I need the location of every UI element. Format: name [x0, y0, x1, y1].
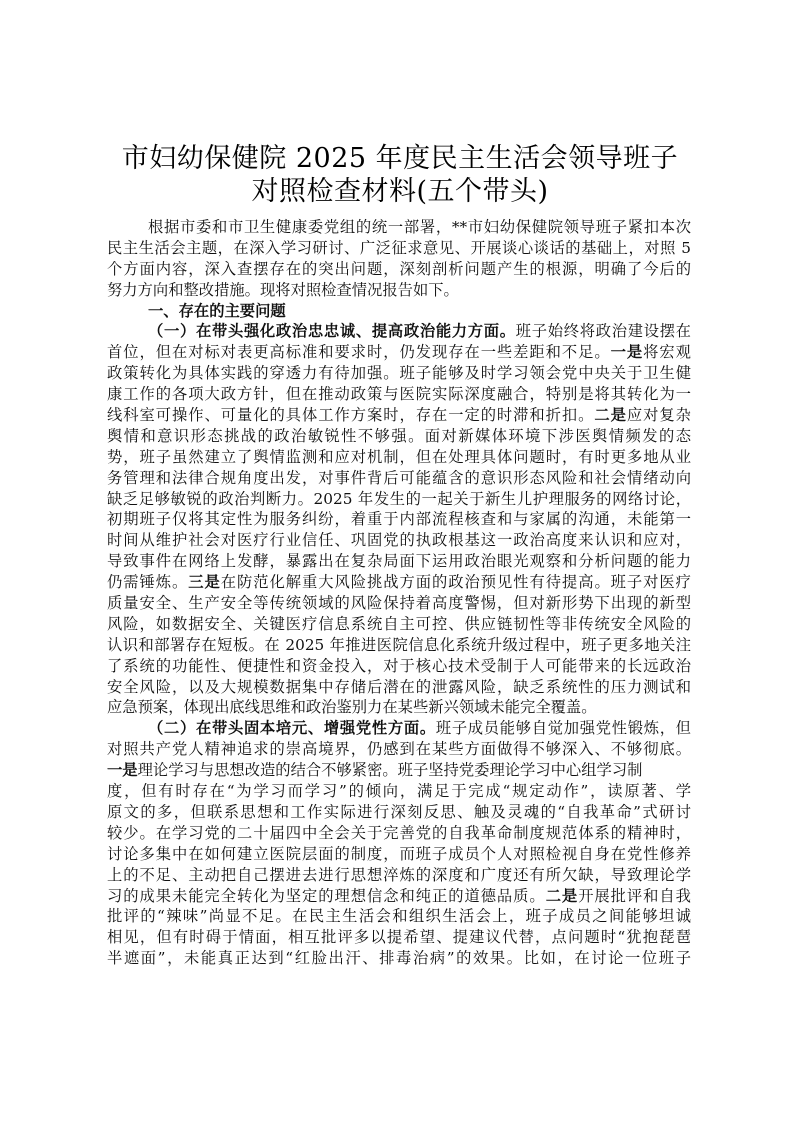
- text-line: 讨论多集中在如何建立医院层面的制度，而班子成员个人对照检视自身在党性修养: [107, 844, 691, 865]
- text-segment: 上的不足、主动把自己摆进去进行思想淬炼的深度和广度还有所欠缺，导致理论学: [107, 866, 691, 884]
- text-line: 初期班子仅将其定性为服务纠纷，着重于内部流程核查和与家属的沟通，未能第一: [107, 509, 691, 530]
- text-segment: 安全风险，以及大规模数据集中存储后潜在的泄露风险，缺乏系统性的压力测试和: [107, 678, 691, 696]
- text-segment: 缺乏足够敏锐的政治判断力。2025 年发生的一起关于新生儿护理服务的网络讨论，: [107, 490, 691, 508]
- text-line: 风险，如数据安全、关键医疗信息系统自主可控、供应链韧性等非传统安全风险的: [107, 614, 691, 635]
- text-line: 个方面内容，深入查摆存在的突出问题，深刻剖析问题产生的根源，明确了今后的: [107, 259, 691, 280]
- text-segment: 仍需锤炼。: [107, 573, 188, 591]
- text-line: 应急预案，体现出底线思维和政治鉴别力在某些新兴领域未能完全覆盖。: [107, 697, 691, 718]
- text-line: （二）在带头固本培元、增强党性方面。班子成员能够自觉加强党性锻炼，但: [107, 718, 691, 739]
- text-segment: 在防范化解重大风险挑战方面的政治预见性有待提高。班子对医疗: [221, 573, 691, 591]
- title-line-2: 对照检查材料(五个带头): [100, 175, 700, 208]
- text-segment: 努力方向和整改措施。现将对照检查情况报告如下。: [107, 281, 459, 299]
- bold-text-segment: 二是: [546, 887, 579, 905]
- text-segment: 原文的多，但联系思想和工作实际进行深刻反思、触及灵魂的“自我革命”式研讨: [107, 803, 691, 821]
- text-line: 务管理和法律合规角度出发，对事件背后可能蕴含的意识形态风险和社会情绪动向: [107, 468, 691, 489]
- text-segment: 康工作的各项大政方针，但在推动政策与医院实际深度融合，特别是将其转化为一: [107, 385, 691, 403]
- text-line: 时间从维护社会对医疗行业信任、巩固党的执政根基这一政治高度来认识和应对，: [107, 530, 691, 551]
- text-segment: 舆情和意识形态挑战的政治敏锐性不够强。面对新媒体环境下涉医舆情频发的态: [107, 427, 691, 445]
- text-segment: 理论学习与思想改造的结合不够紧密。班子坚持党委理论学习中心组学习制: [138, 761, 643, 779]
- text-segment: 首位，但在对标对表更高标准和要求时，仍发现存在一些差距和不足。: [107, 343, 611, 361]
- text-segment: 认识和部署存在短板。在 2025 年推进医院信息化系统升级过程中，班子更多地关注: [107, 636, 691, 654]
- text-segment: 习的成果未能完全转化为坚定的理想信念和纯正的道德品质。: [107, 887, 546, 905]
- document-body: 根据市委和市卫生健康委党组的统一部署，**市妇幼保健院领导班子紧扣本次民主生活会…: [107, 217, 691, 969]
- text-line: 对照共产党人精神追求的崇高境界，仍感到在某些方面做得不够深入、不够彻底。: [107, 739, 691, 760]
- bold-text-segment: 三是: [188, 573, 221, 591]
- text-line: 安全风险，以及大规模数据集中存储后潜在的泄露风险，缺乏系统性的压力测试和: [107, 677, 691, 698]
- text-line: 质量安全、生产安全等传统领域的风险保持着高度警惕，但对新形势下出现的新型: [107, 593, 691, 614]
- text-line: 努力方向和整改措施。现将对照检查情况报告如下。: [107, 280, 691, 301]
- text-segment: 半遮面”，未能真正达到“红脸出汗、排毒治病”的效果。比如，在讨论一位班子: [107, 949, 691, 967]
- text-line: 一是理论学习与思想改造的结合不够紧密。班子坚持党委理论学习中心组学习制: [107, 760, 691, 781]
- bold-text-segment: 一是: [611, 343, 644, 361]
- text-line: 度，但有时存在“为学习而学习”的倾向，满足于完成“规定动作”，读原著、学: [107, 781, 691, 802]
- bold-text-segment: 一、存在的主要问题: [148, 302, 286, 320]
- text-line: （一）在带头强化政治忠忠诚、提高政治能力方面。班子始终将政治建设摆在: [107, 321, 691, 342]
- text-segment: 度，但有时存在“为学习而学习”的倾向，满足于完成“规定动作”，读原著、学: [107, 782, 691, 800]
- text-segment: 班子始终将政治建设摆在: [516, 322, 691, 340]
- text-line: 一、存在的主要问题: [107, 301, 691, 322]
- text-line: 线科室可操作、可量化的具体工作方案时，存在一定的时滞和折扣。二是应对复杂: [107, 405, 691, 426]
- text-segment: 应急预案，体现出底线思维和政治鉴别力在某些新兴领域未能完全覆盖。: [107, 698, 597, 716]
- text-line: 政策转化为具体实践的穿透力有待加强。班子能够及时学习领会党中央关于卫生健: [107, 363, 691, 384]
- text-segment: 根据市委和市卫生健康委党组的统一部署，**市妇幼保健院领导班子紧扣本次: [148, 218, 691, 236]
- text-line: 习的成果未能完全转化为坚定的理想信念和纯正的道德品质。二是开展批评和自我: [107, 886, 691, 907]
- text-segment: 风险，如数据安全、关键医疗信息系统自主可控、供应链韧性等非传统安全风险的: [107, 615, 691, 633]
- text-segment: 将宏观: [643, 343, 691, 361]
- text-line: 相见，但有时碍于情面，相互批评多以提希望、提建议代替，点问题时“犹抱琵琶: [107, 927, 691, 948]
- text-segment: 应对复杂: [627, 406, 691, 424]
- document-page: 市妇幼保健院 2025 年度民主生活会领导班子 对照检查材料(五个带头) 根据市…: [0, 0, 793, 1121]
- text-line: 批评的“辣味”尚显不足。在民主生活会和组织生活会上，班子成员之间能够坦诚: [107, 906, 691, 927]
- bold-text-segment: 二是: [594, 406, 627, 424]
- bold-text-segment: （一）在带头强化政治忠忠诚、提高政治能力方面。: [148, 322, 516, 340]
- text-line: 首位，但在对标对表更高标准和要求时，仍发现存在一些差距和不足。一是将宏观: [107, 342, 691, 363]
- bold-text-segment: 一是: [107, 761, 138, 779]
- text-line: 原文的多，但联系思想和工作实际进行深刻反思、触及灵魂的“自我革命”式研讨: [107, 802, 691, 823]
- text-segment: 开展批评和自我: [578, 887, 691, 905]
- text-segment: 讨论多集中在如何建立医院层面的制度，而班子成员个人对照检视自身在党性修养: [107, 845, 691, 863]
- text-segment: 民主生活会主题，在深入学习研讨、广泛征求意见、开展谈心谈话的基础上，对照 5: [107, 239, 691, 257]
- text-segment: 初期班子仅将其定性为服务纠纷，着重于内部流程核查和与家属的沟通，未能第一: [107, 510, 691, 528]
- text-line: 势，班子虽然建立了舆情监测和应对机制，但在处理具体问题时，有时更多地从业: [107, 447, 691, 468]
- text-line: 舆情和意识形态挑战的政治敏锐性不够强。面对新媒体环境下涉医舆情频发的态: [107, 426, 691, 447]
- bold-text-segment: （二）在带头固本培元、增强党性方面。: [148, 719, 436, 737]
- text-line: 上的不足、主动把自己摆进去进行思想淬炼的深度和广度还有所欠缺，导致理论学: [107, 865, 691, 886]
- text-segment: 相见，但有时碍于情面，相互批评多以提希望、提建议代替，点问题时“犹抱琵琶: [107, 928, 691, 946]
- text-segment: 批评的“辣味”尚显不足。在民主生活会和组织生活会上，班子成员之间能够坦诚: [107, 907, 691, 925]
- text-segment: 了系统的功能性、便捷性和资金投入，对于核心技术受制于人可能带来的长远政治: [107, 657, 691, 675]
- text-segment: 政策转化为具体实践的穿透力有待加强。班子能够及时学习领会党中央关于卫生健: [107, 364, 691, 382]
- document-title: 市妇幼保健院 2025 年度民主生活会领导班子 对照检查材料(五个带头): [100, 142, 700, 208]
- text-line: 民主生活会主题，在深入学习研讨、广泛征求意见、开展谈心谈话的基础上，对照 5: [107, 238, 691, 259]
- text-segment: 时间从维护社会对医疗行业信任、巩固党的执政根基这一政治高度来认识和应对，: [107, 531, 691, 549]
- text-segment: 务管理和法律合规角度出发，对事件背后可能蕴含的意识形态风险和社会情绪动向: [107, 469, 691, 487]
- text-segment: 导致事件在网络上发酵，暴露出在复杂局面下运用政治眼光观察和分析问题的能力: [107, 552, 691, 570]
- text-segment: 对照共产党人精神追求的崇高境界，仍感到在某些方面做得不够深入、不够彻底。: [107, 740, 691, 758]
- text-line: 仍需锤炼。三是在防范化解重大风险挑战方面的政治预见性有待提高。班子对医疗: [107, 572, 691, 593]
- title-line-1: 市妇幼保健院 2025 年度民主生活会领导班子: [100, 142, 700, 175]
- text-segment: 质量安全、生产安全等传统领域的风险保持着高度警惕，但对新形势下出现的新型: [107, 594, 691, 612]
- text-line: 认识和部署存在短板。在 2025 年推进医院信息化系统升级过程中，班子更多地关注: [107, 635, 691, 656]
- text-segment: 线科室可操作、可量化的具体工作方案时，存在一定的时滞和折扣。: [107, 406, 594, 424]
- text-line: 康工作的各项大政方针，但在推动政策与医院实际深度融合，特别是将其转化为一: [107, 384, 691, 405]
- text-line: 了系统的功能性、便捷性和资金投入，对于核心技术受制于人可能带来的长远政治: [107, 656, 691, 677]
- text-line: 导致事件在网络上发酵，暴露出在复杂局面下运用政治眼光观察和分析问题的能力: [107, 551, 691, 572]
- text-segment: 个方面内容，深入查摆存在的突出问题，深刻剖析问题产生的根源，明确了今后的: [107, 260, 691, 278]
- text-segment: 势，班子虽然建立了舆情监测和应对机制，但在处理具体问题时，有时更多地从业: [107, 448, 691, 466]
- text-segment: 班子成员能够自觉加强党性锻炼，但: [436, 719, 691, 737]
- text-line: 半遮面”，未能真正达到“红脸出汗、排毒治病”的效果。比如，在讨论一位班子: [107, 948, 691, 969]
- text-line: 根据市委和市卫生健康委党组的统一部署，**市妇幼保健院领导班子紧扣本次: [107, 217, 691, 238]
- text-line: 缺乏足够敏锐的政治判断力。2025 年发生的一起关于新生儿护理服务的网络讨论，: [107, 489, 691, 510]
- text-segment: 较少。在学习党的二十届四中全会关于完善党的自我革命制度规范体系的精神时，: [107, 824, 691, 842]
- text-line: 较少。在学习党的二十届四中全会关于完善党的自我革命制度规范体系的精神时，: [107, 823, 691, 844]
